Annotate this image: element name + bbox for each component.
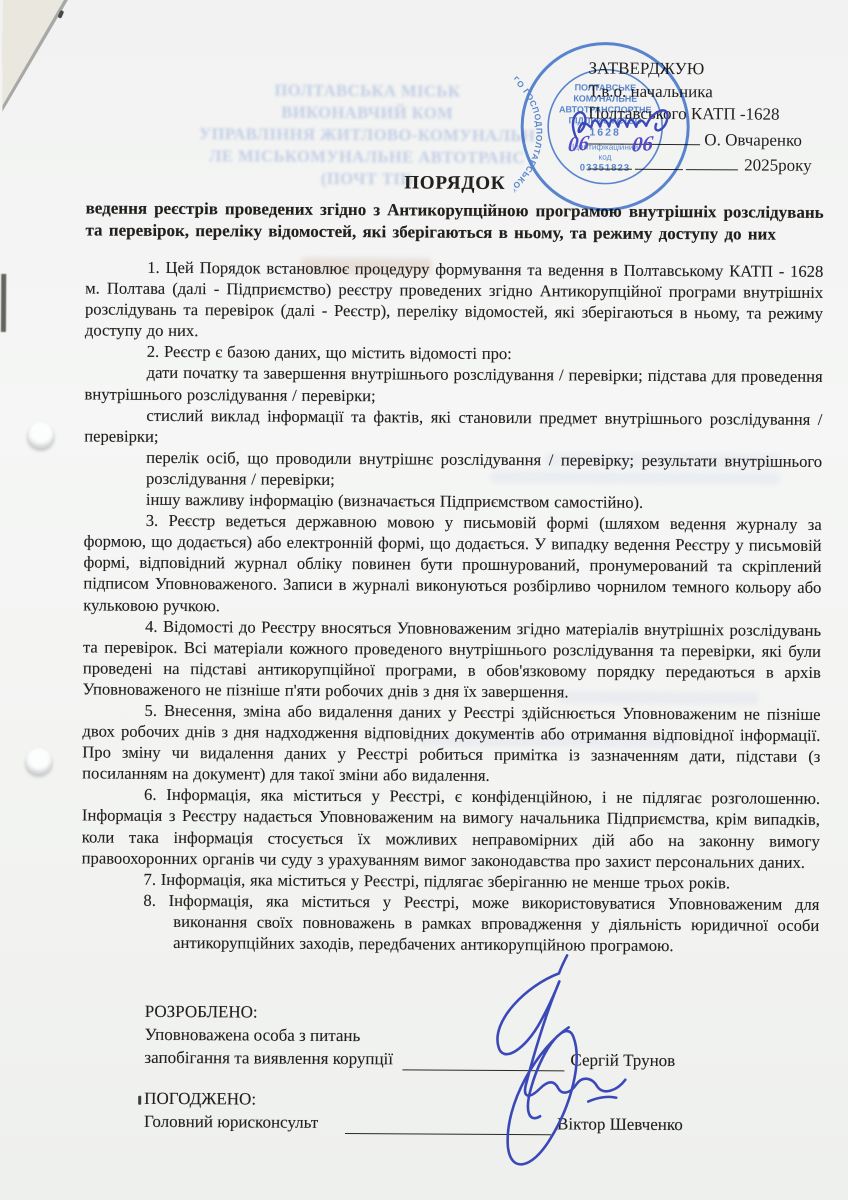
developed-role-line2: запобігання та виявлення корупції (144, 1046, 402, 1071)
agreed-role: Головний юрисконсульт (144, 1110, 345, 1134)
handwritten-date-day: 06 (567, 130, 590, 157)
document-subtitle: ведення реєстрів проведених згідно з Ант… (85, 197, 823, 246)
scan-edge-shadow (1, 274, 6, 332)
paragraph: 8. Інформація, яка міститься у Реєстрі, … (81, 889, 819, 957)
seal-inner-line: код (599, 153, 612, 162)
paragraph: 4. Відомості до Реєстру вносяться Уповно… (83, 615, 822, 704)
paragraph: стислий виклад інформації та фактів, які… (84, 404, 822, 451)
signatures-ink (416, 950, 737, 1192)
paragraph: перелік осіб, що проводили внутрішнє роз… (84, 446, 822, 493)
approval-signer-name: О. Овчаренко (704, 130, 802, 150)
handwritten-date-month: 06 (631, 131, 654, 158)
paragraph: 6. Інформація, яка міститься у Реєстрі, … (82, 784, 821, 873)
seal-ring-text: ПОЛТАВСЬКОЇ МІСЬКОЇ РАДИ • УКРАЇНА • УПР… (514, 35, 546, 210)
document-body: ПОРЯДОК ведення реєстрів проведених згід… (81, 170, 824, 957)
scan-speck (138, 1096, 141, 1105)
hole-punch (27, 422, 54, 448)
approval-year: 2025року (744, 155, 812, 174)
svg-text:ПОЛТАВСЬКОЇ МІСЬКОЇ РАДИ • УКР: ПОЛТАВСЬКОЇ МІСЬКОЇ РАДИ • УКРАЇНА • УПР… (514, 35, 546, 210)
paragraph: 1. Цей Порядок встановлює процедуру форм… (85, 256, 824, 345)
hole-punch (25, 748, 52, 774)
paragraph: дати початку та завершення внутрішнього … (84, 362, 822, 409)
scanned-sheet: ПОЛТАВСЬКА МІСЬК ВИКОНАВЧИЙ КОМ УПРАВЛІН… (0, 0, 848, 1200)
paragraph: 3. Реєстр ведеться державною мовою у пис… (83, 510, 822, 620)
signature-shevchenko (508, 1027, 617, 1165)
paragraph: 5. Внесення, зміна або видалення даних у… (82, 699, 821, 788)
signature-trunov (497, 955, 626, 1096)
paragraphs: 1. Цей Порядок встановлює процедуру форм… (81, 256, 823, 957)
seal-inner-line: ПОЛТАВСЬКЕ (575, 82, 637, 92)
seal-inner-line: 03351823 (580, 162, 630, 173)
